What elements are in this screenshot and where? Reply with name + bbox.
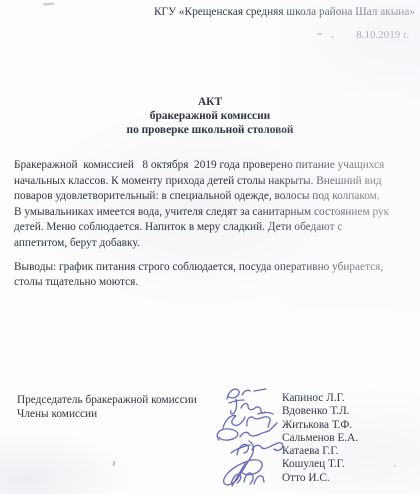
member-name: Житькова Т.Ф. <box>282 419 358 432</box>
body-line: детей. Меню соблюдается. Напиток в меру … <box>14 220 412 236</box>
scan-artifact <box>112 461 115 466</box>
document-date: 8.10.2019 г. <box>356 29 409 41</box>
member-name: Капинос Л.Г. <box>282 392 358 405</box>
scan-artifact <box>331 36 334 38</box>
member-name: Вдовенко Т.Л. <box>282 405 358 418</box>
signature-zhitkova <box>223 413 273 429</box>
document-title: АКТ бракеражной комиссии по проверке шко… <box>0 95 420 138</box>
title-line-act: АКТ <box>0 95 420 109</box>
body-line: аппетитом, берут добавку. <box>14 236 412 252</box>
title-line-subject: по проверке школьной столовой <box>0 123 420 137</box>
scan-artifact <box>393 465 396 467</box>
signature-salmenov <box>217 423 277 440</box>
organization-name: КГУ «Крещенская средняя школа района Шал… <box>0 6 415 18</box>
document-body: Бракеражной комиссией 8 октября 2019 год… <box>14 158 412 291</box>
signature-kataeva <box>237 443 283 455</box>
body-line: Бракеражной комиссией 8 октября 2019 год… <box>14 158 412 174</box>
signature-kapinos <box>227 389 266 399</box>
body-line: поваров удовлетворительный: в специально… <box>14 189 412 205</box>
signature-koshulets <box>224 441 262 486</box>
signature-names: Капинос Л.Г. Вдовенко Т.Л. Житькова Т.Ф.… <box>282 392 358 485</box>
title-line-commission: бракеражной комиссии <box>0 109 420 123</box>
members-label: Члены комиссии <box>17 407 197 421</box>
body-line: В умывальниках имеется вода, учителя сле… <box>14 205 412 221</box>
member-name: Отто И.С. <box>282 472 358 485</box>
conclusions-line: столы тщательно моются. <box>14 275 412 291</box>
main-paragraph: Бракеражной комиссией 8 октября 2019 год… <box>14 158 412 252</box>
body-line: начальных классов. К моменту прихода дет… <box>14 174 412 190</box>
member-name: Сальменов Е.А. <box>282 432 358 445</box>
member-name: Кошулец Т.Г. <box>282 458 358 471</box>
conclusions-paragraph: Выводы: график питания строго соблюдаетс… <box>14 260 412 291</box>
conclusions-line: Выводы: график питания строго соблюдаетс… <box>14 260 412 276</box>
signature-vdovenko <box>229 399 265 414</box>
scan-artifact <box>317 33 322 35</box>
member-name: Катаева Г.Г. <box>282 445 358 458</box>
chairman-label: Председатель бракеражной комиссии <box>17 393 197 407</box>
signature-otto <box>231 473 264 484</box>
scanned-document-page: КГУ «Крещенская средняя школа района Шал… <box>0 0 420 494</box>
signature-labels: Председатель бракеражной комиссии Члены … <box>17 393 197 421</box>
